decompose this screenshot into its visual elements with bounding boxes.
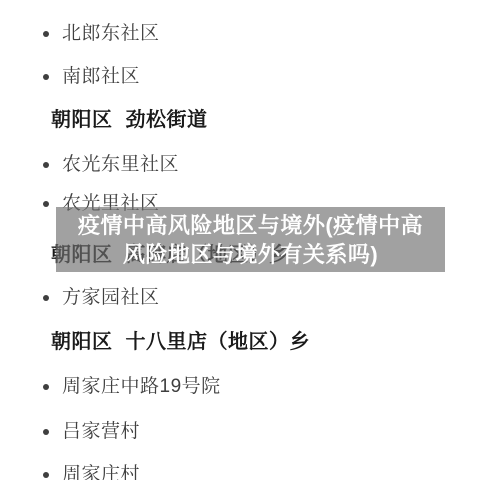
bullet-icon (43, 74, 49, 80)
risk-area-item: 南郎社区 (62, 64, 140, 90)
bullet-icon (43, 31, 49, 37)
street-label: 劲松街道 (126, 109, 208, 131)
risk-area-item: 吕家营村 (62, 419, 140, 445)
risk-area-item: 农光东里社区 (62, 152, 179, 178)
district-label: 朝阳区 (51, 331, 113, 353)
watermark-title-overlay: 疫情中高风险地区与境外(疫情中高风险地区与境外有关系吗) (56, 207, 445, 272)
district-section-header: 朝阳区十八里店（地区）乡 (51, 329, 310, 356)
risk-area-item-text: 南郎社区 (62, 66, 140, 87)
bullet-icon (43, 429, 49, 435)
risk-area-item-text: 农光东里社区 (62, 154, 179, 175)
risk-area-item: 方家园社区 (62, 285, 160, 311)
risk-area-item: 北郎东社区 (62, 21, 160, 47)
risk-area-item: 周家庄村 (62, 462, 140, 480)
district-section-header: 朝阳区劲松街道 (51, 107, 208, 134)
risk-area-item: 周家庄中路19号院 (62, 374, 221, 400)
bullet-icon (43, 162, 49, 168)
risk-area-item-text: 方家园社区 (62, 287, 160, 308)
article-body: 北郎东社区 南郎社区 朝阳区劲松街道 农光东里社区 农光里社区 朝阳区高碑店（地… (0, 0, 500, 480)
watermark-title-text: 疫情中高风险地区与境外(疫情中高风险地区与境外有关系吗) (70, 211, 432, 269)
risk-area-item-text: 吕家营村 (62, 421, 140, 442)
risk-area-item-text: 周家庄村 (62, 464, 140, 480)
district-label: 朝阳区 (51, 109, 113, 131)
risk-area-item-text: 周家庄中路19号院 (62, 376, 221, 397)
bullet-icon (43, 295, 49, 301)
risk-area-item-text: 北郎东社区 (62, 23, 160, 44)
bullet-icon (43, 472, 49, 478)
bullet-icon (43, 201, 49, 207)
bullet-icon (43, 384, 49, 390)
street-label: 十八里店（地区）乡 (126, 331, 311, 353)
